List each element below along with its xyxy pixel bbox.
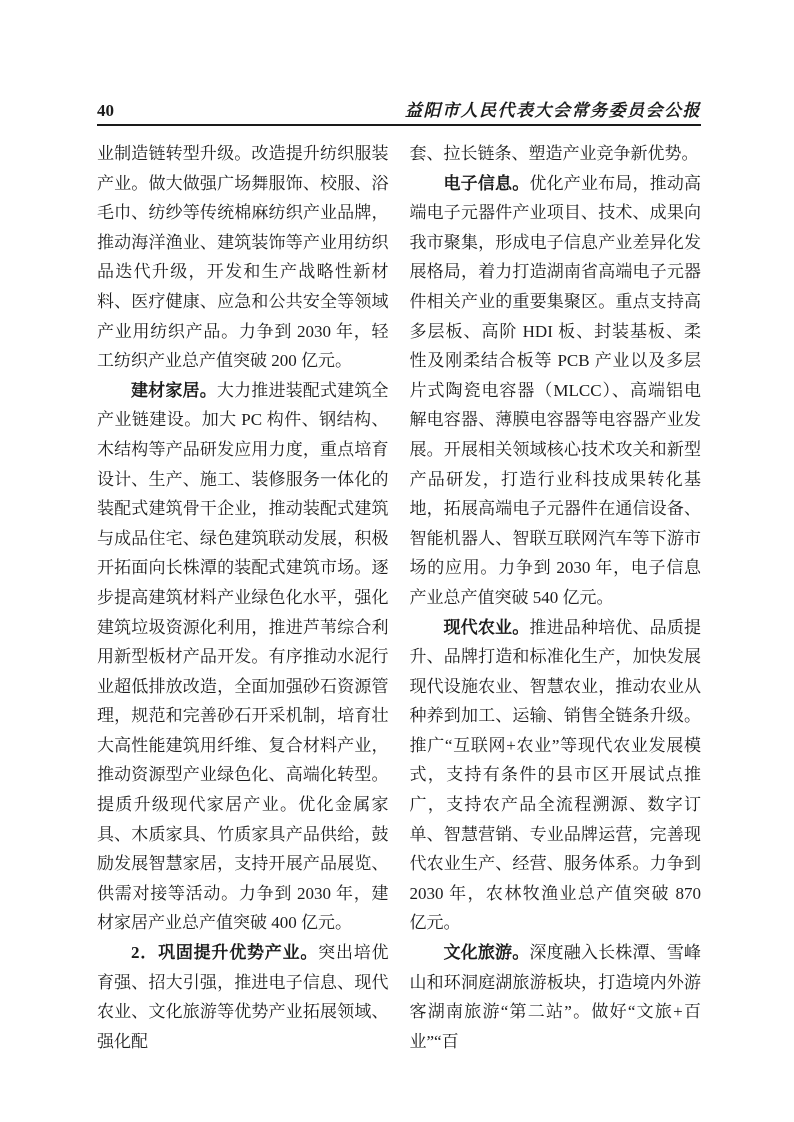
right-column: 套、拉长链条、塑造产业竞争新优势。 电子信息。优化产业布局，推动高端电子元器件产… <box>410 139 702 1056</box>
paragraph-text: 业制造链转型升级。改造提升纺织服装产业。做大做强广场舞服饰、校服、浴毛巾、纺纱等… <box>97 144 389 370</box>
paragraph-lead: 2．巩固提升优势产业。 <box>131 943 318 962</box>
paragraph-text: 大力推进装配式建筑全产业链建设。加大 PC 构件、钢结构、木结构等产品研发应用力… <box>97 381 389 933</box>
paragraph-text: 套、拉长链条、塑造产业竞争新优势。 <box>410 144 699 163</box>
paragraph-text: 优化产业布局，推动高端电子元器件产业项目、技术、成果向我市聚集，形成电子信息产业… <box>410 174 702 607</box>
left-column: 业制造链转型升级。改造提升纺织服装产业。做大做强广场舞服饰、校服、浴毛巾、纺纱等… <box>97 139 389 1056</box>
paragraph-building-materials: 建材家居。大力推进装配式建筑全产业链建设。加大 PC 构件、钢结构、木结构等产品… <box>97 376 389 938</box>
paragraph-culture-tourism: 文化旅游。深度融入长株潭、雪峰山和环洞庭湖旅游板块，打造境内外游客湖南旅游“第二… <box>410 938 702 1056</box>
paragraph-lead: 建材家居。 <box>131 381 217 400</box>
paragraph-lead: 文化旅游。 <box>444 943 530 962</box>
paragraph-modern-agriculture: 现代农业。推进品种培优、品质提升、品牌打造和标准化生产，加快发展现代设施农业、智… <box>410 613 702 939</box>
paragraph-lead: 现代农业。 <box>444 618 530 637</box>
paragraph-continuation: 套、拉长链条、塑造产业竞争新优势。 <box>410 139 702 169</box>
header-title: 益阳市人民代表大会常务委员会公报 <box>405 102 701 119</box>
paragraph-text: 推进品种培优、品质提升、品牌打造和标准化生产，加快发展现代设施农业、智慧农业，推… <box>410 618 702 933</box>
paragraph-advantage-industries: 2．巩固提升优势产业。突出培优育强、招大引强，推进电子信息、现代农业、文化旅游等… <box>97 938 389 1056</box>
paragraph-lead: 电子信息。 <box>444 174 530 193</box>
page-number: 40 <box>97 102 114 119</box>
text-columns: 业制造链转型升级。改造提升纺织服装产业。做大做强广场舞服饰、校服、浴毛巾、纺纱等… <box>97 139 701 1056</box>
document-page: 40 益阳市人民代表大会常务委员会公报 业制造链转型升级。改造提升纺织服装产业。… <box>0 0 794 1122</box>
paragraph-continuation: 业制造链转型升级。改造提升纺织服装产业。做大做强广场舞服饰、校服、浴毛巾、纺纱等… <box>97 139 389 376</box>
paragraph-electronic-information: 电子信息。优化产业布局，推动高端电子元器件产业项目、技术、成果向我市聚集，形成电… <box>410 169 702 613</box>
page-header: 40 益阳市人民代表大会常务委员会公报 <box>97 102 701 126</box>
